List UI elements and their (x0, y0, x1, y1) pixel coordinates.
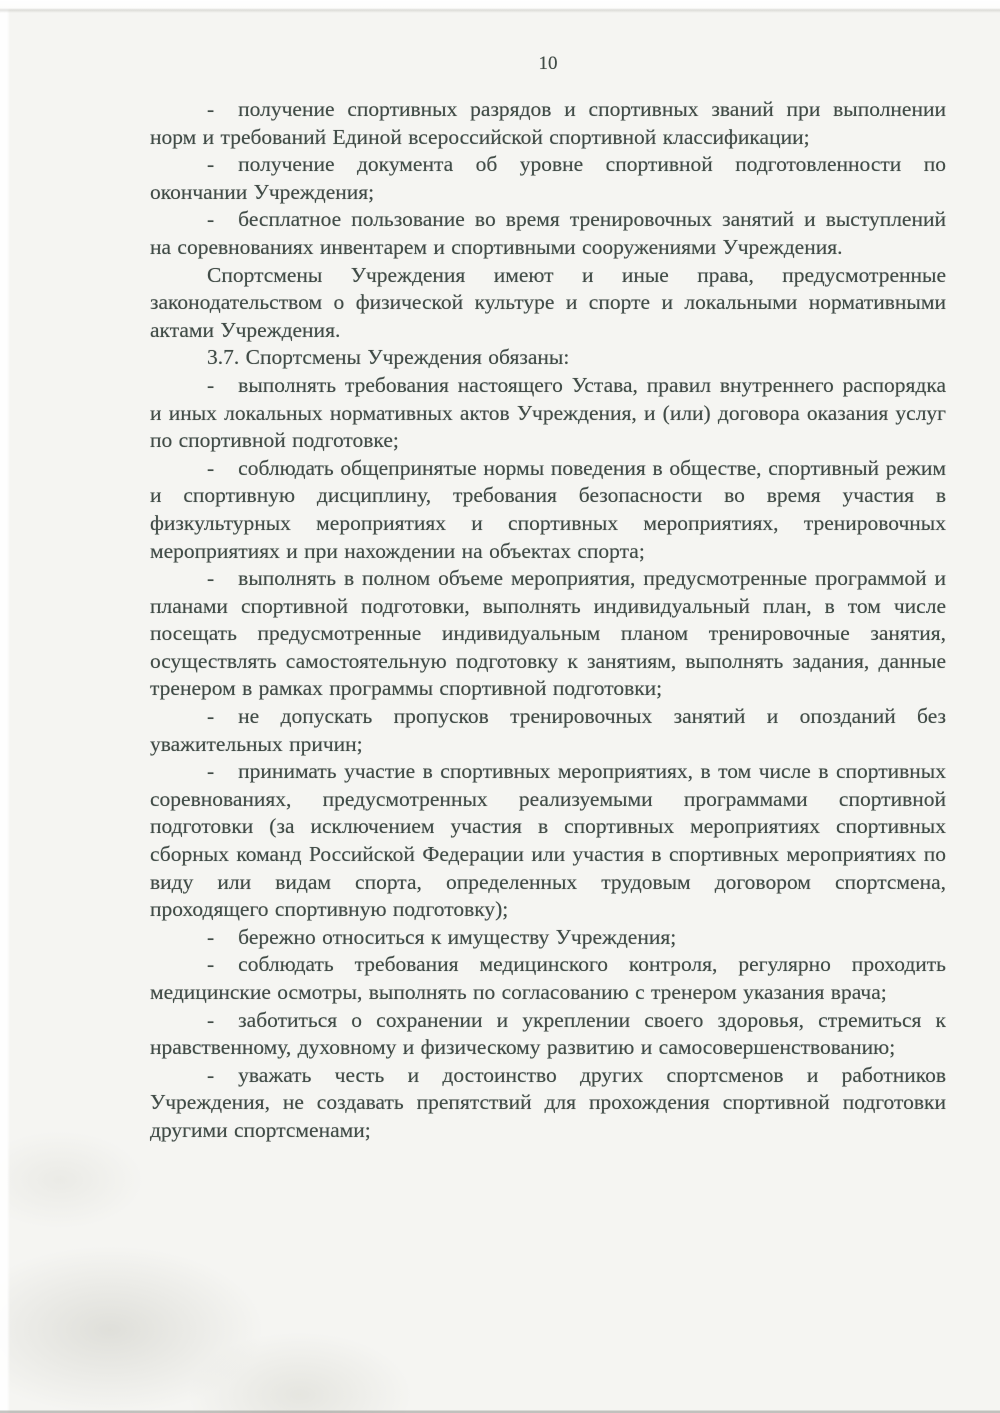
list-dash-marker: - (207, 952, 214, 976)
document-body: -получение спортивных разрядов и спортив… (150, 96, 946, 1145)
list-dash-marker: - (207, 207, 214, 231)
paragraph: -не допускать пропусков тренировочных за… (150, 703, 946, 758)
paragraph: -уважать честь и достоинство других спор… (150, 1062, 946, 1145)
paragraph-text: бесплатное пользование во время трениров… (150, 207, 946, 259)
paragraph-text: выполнять в полном объеме мероприятия, п… (150, 566, 946, 700)
paragraph-text: 3.7. Спортсмены Учреждения обязаны: (207, 345, 569, 369)
list-dash-marker: - (207, 704, 214, 728)
paragraph: 3.7. Спортсмены Учреждения обязаны: (150, 344, 946, 372)
paragraph: -бережно относиться к имуществу Учрежден… (150, 924, 946, 952)
paragraph-text: соблюдать общепринятые нормы поведения в… (150, 456, 946, 563)
paragraph-text: получение спортивных разрядов и спортивн… (150, 97, 946, 149)
list-dash-marker: - (207, 456, 214, 480)
list-dash-marker: - (207, 1063, 214, 1087)
paragraph-text: выполнять требования настоящего Устава, … (150, 373, 946, 452)
paragraph: -выполнять в полном объеме мероприятия, … (150, 565, 946, 703)
paragraph-text: уважать честь и достоинство других спорт… (150, 1063, 946, 1142)
list-dash-marker: - (207, 566, 214, 590)
paragraph-text: соблюдать требования медицинского контро… (150, 952, 946, 1004)
paragraph: -соблюдать требования медицинского контр… (150, 951, 946, 1006)
list-dash-marker: - (207, 152, 214, 176)
list-dash-marker: - (207, 373, 214, 397)
paragraph: -получение документа об уровне спортивно… (150, 151, 946, 206)
paragraph: -выполнять требования настоящего Устава,… (150, 372, 946, 455)
paragraph-text: заботиться о сохранении и укреплении сво… (150, 1008, 946, 1060)
paragraph-text: бережно относиться к имуществу Учреждени… (238, 925, 676, 949)
paragraph: -соблюдать общепринятые нормы поведения … (150, 455, 946, 565)
paragraph: -принимать участие в спортивных мероприя… (150, 758, 946, 924)
paragraph-text: получение документа об уровне спортивной… (150, 152, 946, 204)
paragraph-text: не допускать пропусков тренировочных зан… (150, 704, 946, 756)
paragraph: -получение спортивных разрядов и спортив… (150, 96, 946, 151)
page-number: 10 (150, 52, 946, 76)
scanned-page: 10 -получение спортивных разрядов и спор… (0, 0, 1000, 1413)
paragraph: -заботиться о сохранении и укреплении св… (150, 1007, 946, 1062)
list-dash-marker: - (207, 759, 214, 783)
list-dash-marker: - (207, 97, 214, 121)
paragraph-text: Спортсмены Учреждения имеют и иные права… (150, 263, 946, 342)
paragraph: Спортсмены Учреждения имеют и иные права… (150, 262, 946, 345)
paragraph-text: принимать участие в спортивных мероприят… (150, 759, 946, 921)
list-dash-marker: - (207, 925, 214, 949)
paragraph: -бесплатное пользование во время трениро… (150, 206, 946, 261)
list-dash-marker: - (207, 1008, 214, 1032)
